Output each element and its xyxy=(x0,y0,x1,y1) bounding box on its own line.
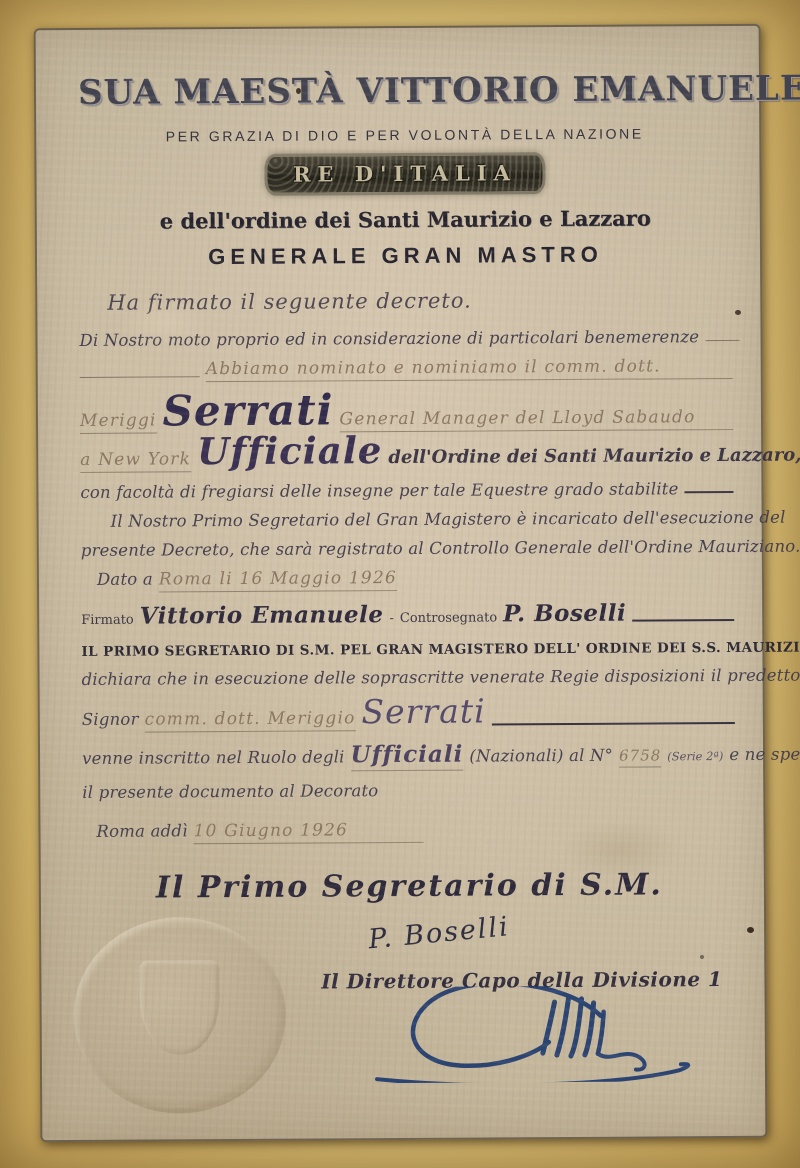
document-line: FirmatoVittorio Emanuele-ControsegnatoP.… xyxy=(81,599,734,630)
text-segment: Roma addì xyxy=(96,821,187,841)
document-line: dichiara che in esecuzione delle soprasc… xyxy=(82,666,735,689)
seal-shield-icon xyxy=(139,960,220,1055)
recipient-name: Serrati xyxy=(162,392,333,431)
countersignature-printed: P. Boselli xyxy=(503,600,626,628)
decree-intro: Ha firmato il seguente decreto. xyxy=(107,287,732,315)
motto-line: PER GRAZIA DI DIO E PER VOLONTÀ DELLA NA… xyxy=(78,125,731,145)
text-segment xyxy=(632,616,734,622)
document-line: venne inscritto nel Ruolo degliUfficiali… xyxy=(82,739,735,773)
re-ditalia-banner: RE D'ITALIA xyxy=(267,155,543,193)
text-segment: dichiara che in esecuzione delle soprasc… xyxy=(82,666,800,689)
grand-master-line: GENERALE GRAN MASTRO xyxy=(79,241,732,271)
text-segment: con facoltà di fregiarsi delle insegne p… xyxy=(80,479,678,502)
issue-date: 10 Giugno 1926 xyxy=(194,820,424,844)
text-segment: (Serie 2ª) xyxy=(667,749,723,763)
document-line: Roma addì10 Giugno 1926 xyxy=(96,818,735,845)
roll-rank: Ufficiali xyxy=(351,741,464,772)
text-segment: Abbiamo nominato e nominiamo il comm. do… xyxy=(206,356,733,382)
document-line: il presente documento al Decorato xyxy=(82,779,735,802)
registrar-caps-line: IL PRIMO SEGRETARIO DI S.M. PEL GRAN MAG… xyxy=(81,640,734,660)
text-segment: presente Decreto, che sarà registrato al… xyxy=(81,537,800,560)
document-line: Dato aRoma li 16 Maggio 1926 xyxy=(81,566,734,593)
secretary-signature: P. Boselli xyxy=(367,911,511,955)
recipient-name: Serrati xyxy=(361,697,485,727)
paper-speck xyxy=(735,310,741,315)
decree-body: Di Nostro moto proprio ed in considerazi… xyxy=(79,327,734,630)
paper-speck xyxy=(747,927,754,933)
text-segment xyxy=(80,374,200,378)
royal-title: SUA MAESTÀ VITTORIO EMANUELE III xyxy=(78,70,731,113)
text-segment xyxy=(403,581,734,583)
registration-number: 6758 xyxy=(619,747,661,768)
text-segment: Il Nostro Primo Segretario del Gran Magi… xyxy=(111,508,786,531)
signature-flourish-icon xyxy=(348,985,731,1083)
certificate-paper: SUA MAESTÀ VITTORIO EMANUELE III PER GRA… xyxy=(34,24,768,1142)
text-segment: (Nazionali) al N° xyxy=(469,746,613,766)
decree-date: Roma li 16 Maggio 1926 xyxy=(159,568,397,592)
text-segment: il presente documento al Decorato xyxy=(82,781,378,802)
document-line: con facoltà di fregiarsi delle insegne p… xyxy=(80,479,733,502)
secretary-title: Il Primo Segretario di S.M. xyxy=(83,867,736,906)
text-segment xyxy=(705,338,739,341)
text-segment xyxy=(685,488,734,493)
conferred-rank: Ufficiale xyxy=(197,434,383,468)
embossed-seal-icon xyxy=(73,917,286,1114)
order-line: e dell'ordine dei Santi Maurizio e Lazza… xyxy=(79,205,732,234)
issue-dateline: Roma addì10 Giugno 1926 xyxy=(82,818,735,845)
king-signature-printed: Vittorio Emanuele xyxy=(140,601,384,629)
text-segment: Di Nostro moto proprio ed in considerazi… xyxy=(79,327,699,350)
document-line: Di Nostro moto proprio ed in considerazi… xyxy=(79,327,732,350)
document-line: Il Nostro Primo Segretario del Gran Magi… xyxy=(81,508,734,531)
document-line: Signorcomm. dott. MeriggioSerrati xyxy=(82,695,735,733)
text-segment: Dato a xyxy=(97,570,153,589)
document-line: MeriggiSerratiGeneral Manager del Lloyd … xyxy=(80,389,733,434)
text-segment xyxy=(430,833,736,835)
text-segment: e ne spedisce xyxy=(729,744,800,764)
text-segment: Firmato xyxy=(81,613,134,628)
text-segment: Signor xyxy=(82,710,139,729)
text-segment: dell'Ordine dei Santi Maurizio e Lazzaro… xyxy=(388,445,800,469)
banner-row: RE D'ITALIA xyxy=(78,154,731,194)
paper-speck xyxy=(700,955,704,959)
text-segment xyxy=(492,719,735,725)
document-line: presente Decreto, che sarà registrato al… xyxy=(81,537,734,560)
text-segment: - xyxy=(389,611,393,626)
document-line: Abbiamo nominato e nominiamo il comm. do… xyxy=(80,356,733,383)
paper-speck xyxy=(296,88,301,94)
text-segment: Controsegnato xyxy=(400,611,497,627)
text-segment: venne inscritto nel Ruolo degli xyxy=(82,747,345,768)
registrar-declaration: dichiara che in esecuzione delle soprasc… xyxy=(82,666,736,802)
text-segment: Meriggi xyxy=(80,411,157,434)
document-line: a New YorkUfficialedell'Ordine dei Santi… xyxy=(80,432,733,473)
text-segment: comm. dott. Meriggio xyxy=(145,708,356,732)
recipient-occupation: General Manager del Lloyd Sabaudo xyxy=(339,407,733,432)
recipient-location: a New York xyxy=(80,449,191,473)
photo-of-royal-decree: { "colors":{ "mount_background":"#ddc379… xyxy=(0,0,800,1168)
